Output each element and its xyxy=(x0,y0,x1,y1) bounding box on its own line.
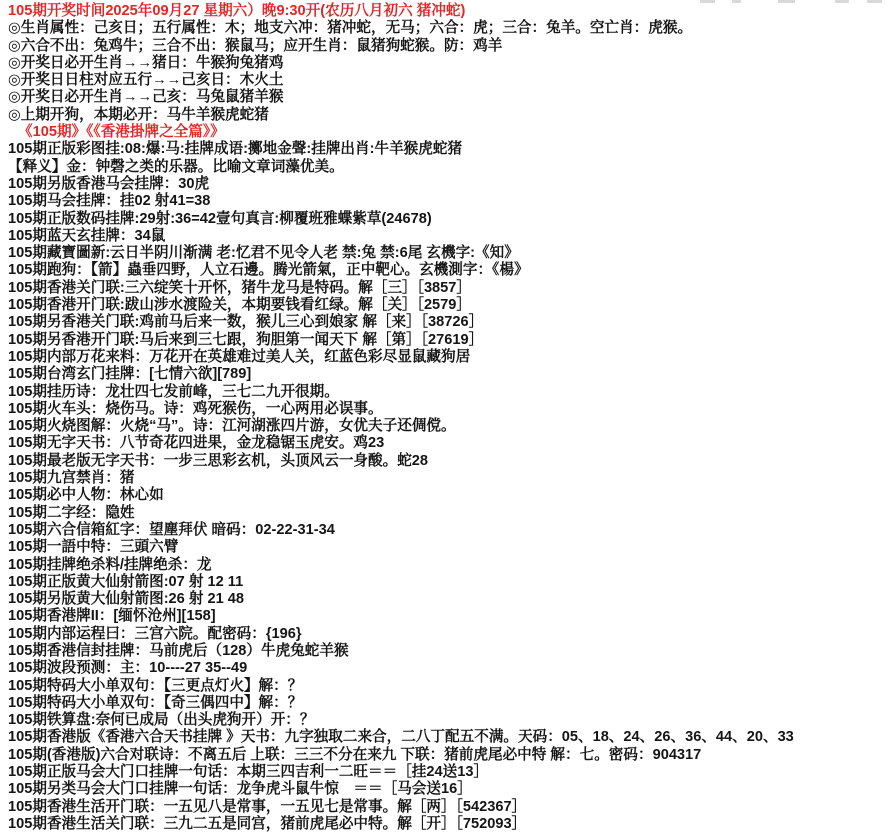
text-line: 105期特码大小单双句：【奇三偶四中】解：？ xyxy=(8,695,889,712)
text-line: 105期另香港关门联:鸡前马后来一数，猴儿三心到娘家 解［来］［38726］ xyxy=(8,314,889,331)
text-line: 105期另类马会大门口挂牌一句话：龙争虎斗鼠牛惊 ＝＝［马会送16］ xyxy=(8,781,889,798)
text-line: 105期台湾玄门挂牌：[七情六欲][789] xyxy=(8,366,889,383)
artifact-dash xyxy=(732,0,741,3)
text-line: 105期藏寶圖新:云日半阴川渐满 老:忆君不见令人老 禁:兔 禁:6尾 玄機字:… xyxy=(8,245,889,262)
highlight-text-line: 105期开奖时间2025年09月27 星期六）晚9:30开(农历八月初六 猪冲蛇… xyxy=(8,3,889,20)
text-line: 105期香港牌II：[缅怀沧州][158] xyxy=(8,608,889,625)
text-line: 105期另版黄大仙射箭图:26 射 21 48 xyxy=(8,591,889,608)
text-line: 105期蓝天玄挂牌：34鼠 xyxy=(8,228,889,245)
lottery-info-page: { "page": { "title": "香港掛牌之全篇", "issue":… xyxy=(0,0,893,834)
text-line: 105期六合信箱紅字：望塵拜伏 暗码：02-22-31-34 xyxy=(8,522,889,539)
highlight-text-line: 《105期》《《香港掛牌之全篇》》 xyxy=(8,124,889,141)
artifact-dash xyxy=(778,0,795,3)
text-line: 105期二字经：隐姓 xyxy=(8,505,889,522)
text-line: 105期火车头：烧伤马。诗：鸡死猴伤，一心两用必误事。 xyxy=(8,401,889,418)
text-line: 105期内部万花来料：万花开在英雄难过美人关，红蓝色彩尽显鼠藏狗居 xyxy=(8,349,889,366)
text-line: 105期一語中特：三頭六臂 xyxy=(8,539,889,556)
text-line: ◎生肖属性：己亥日；五行属性：木；地支六冲：猪冲蛇，无马；六合：虎；三合：兔羊。… xyxy=(8,20,889,37)
artifact-dash xyxy=(700,0,715,3)
text-line: 105期马会挂牌：挂02 射41=38 xyxy=(8,193,889,210)
text-line: 105期香港版《香港六合天书挂牌 》天书：九字独取二来合，二八丁配五不满。天码：… xyxy=(8,729,889,746)
text-line: 105期必中人物：林心如 xyxy=(8,487,889,504)
artifact-dash xyxy=(867,0,882,3)
text-line: 105期香港生活开门联：一五见八是常事，一五见七是常事。解［两］［542367］ xyxy=(8,799,889,816)
text-line: 【释义】金：钟磬之类的乐器。比喻文章词藻优美。 xyxy=(8,159,889,176)
text-line: 105期正版彩图挂:08:爆:马:挂牌成语:擲地金聲:挂牌出肖:牛羊猴虎蛇猪 xyxy=(8,141,889,158)
text-line: ◎六合不出：兔鸡牛；三合不出：猴鼠马；应开生肖：鼠猪狗蛇猴。防：鸡羊 xyxy=(8,38,889,55)
text-line: ◎开奖日必开生肖→→己亥：马兔鼠猪羊猴 xyxy=(8,89,889,106)
artifact-dash xyxy=(835,0,849,3)
text-line: 105期另版香港马会挂牌：30虎 xyxy=(8,176,889,193)
text-line: 105期香港关门联:三六绽笑十开怀，猪牛龙马是特码。解［三］［3857］ xyxy=(8,280,889,297)
text-line: 105期波段预测：主：10----27 35--49 xyxy=(8,660,889,677)
text-line: 105期挂历诗：龙壮四七发前峰，三七二九开很期。 xyxy=(8,384,889,401)
text-line: ◎开奖日必开生肖→→猪日：牛猴狗兔猪鸡 xyxy=(8,55,889,72)
text-line: ◎开奖日日柱对应五行→→己亥日：木火土 xyxy=(8,72,889,89)
text-line: 105期香港信封挂牌：马前虎后（128）牛虎兔蛇羊猴 xyxy=(8,643,889,660)
text-line: 105期特码大小单双句：【三更点灯火】解：？ xyxy=(8,678,889,695)
text-line: 105期香港开门联:跋山涉水渡险关，本期要钱看红绿。解［关］［2579］ xyxy=(8,297,889,314)
text-line: 105期挂牌绝杀料/挂牌绝杀：龙 xyxy=(8,557,889,574)
text-line: 105期火烧图解：火烧“马”。诗：江河湖涨四片游，女优夫子还倜傥。 xyxy=(8,418,889,435)
text-lines-container: 105期开奖时间2025年09月27 星期六）晚9:30开(农历八月初六 猪冲蛇… xyxy=(0,0,893,833)
cropped-row-artifact xyxy=(0,0,893,4)
text-line: ◎上期开狗，本期必开：马牛羊猴虎蛇猪 xyxy=(8,107,889,124)
text-line: 105期正版马会大门口挂牌一句话：本期三四吉利一二旺＝＝［挂24送13］ xyxy=(8,764,889,781)
text-line: 105期铁算盘:奈何已成局（出头虎狗开）开：？ xyxy=(8,712,889,729)
text-line: 105期(香港版)六合对联诗：不离五后 上联：三三不分在来九 下联：猪前虎尾必中… xyxy=(8,747,889,764)
text-line: 105期九宫禁肖：猪 xyxy=(8,470,889,487)
text-line: 105期最老版无字天书：一步三思彩玄机，头顶风云一身酸。蛇28 xyxy=(8,453,889,470)
text-line: 105期内部运程曰：三宫六院。配密码：{196} xyxy=(8,626,889,643)
text-line: 105期无字天书：八节奇花四进果，金龙稳锯玉虎安。鸡23 xyxy=(8,435,889,452)
text-line: 105期跑狗：【箭】蟲垂四野，人立石邊。腾光箭氣，正中靶心。玄機測字：《楊》 xyxy=(8,262,889,279)
text-line: 105期香港生活关门联：三九二五是同宫，猪前虎尾必中特。解［开］［752093］ xyxy=(8,816,889,833)
text-line: 105期另香港开门联:马后来到三七跟，狗胆第一闻天下 解［第］［27619］ xyxy=(8,332,889,349)
text-line: 105期正版黄大仙射箭图:07 射 12 11 xyxy=(8,574,889,591)
text-line: 105期正版数码挂牌:29射:36=42壹句真言:柳覆班雅蝶紫草(24678) xyxy=(8,211,889,228)
